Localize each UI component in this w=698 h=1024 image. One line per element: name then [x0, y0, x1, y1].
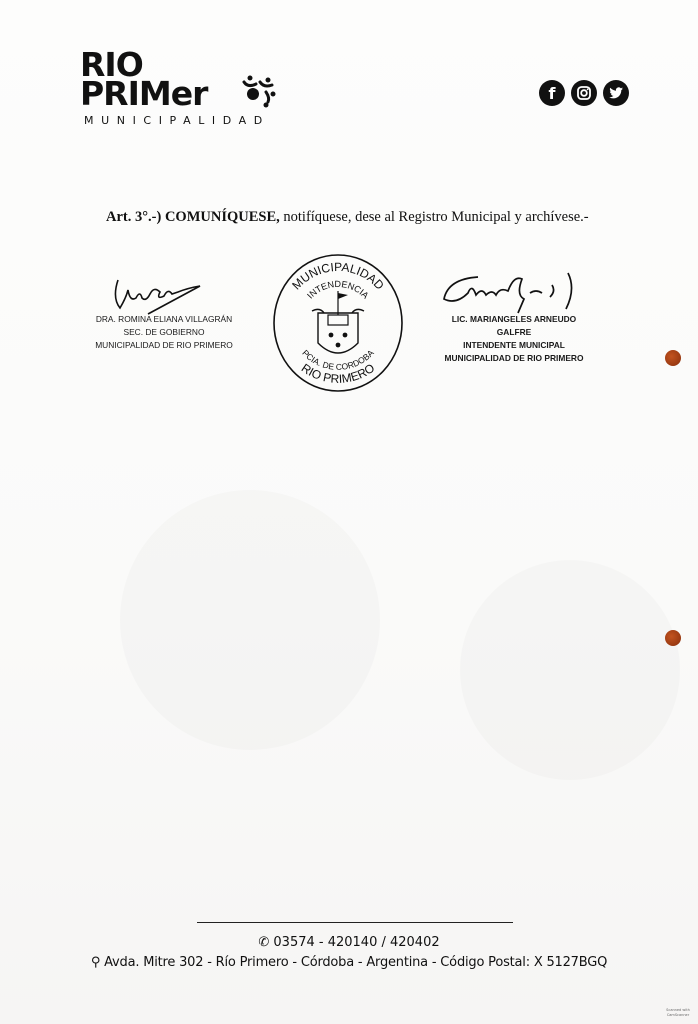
signature-scribble-right [438, 265, 588, 315]
article-3-text: Art. 3°.-) COMUNÍQUESE, notifíquese, des… [106, 209, 589, 226]
scanner-watermark: Scanned with CamScanner [664, 1008, 692, 1020]
background-watermark [460, 560, 680, 780]
twitter-icon[interactable] [603, 80, 629, 106]
social-links: f [539, 80, 629, 106]
address-text: Avda. Mitre 302 - Río Primero - Córdoba … [104, 955, 607, 970]
logo-sun-icon [240, 72, 280, 112]
signer-org: MUNICIPALIDAD DE RIO PRIMERO [94, 339, 234, 352]
article-keyword: COMUNÍQUESE, [165, 209, 280, 225]
signer-role: SEC. DE GOBIERNO [94, 326, 234, 339]
footer-address: ⚲ Avda. Mitre 302 - Río Primero - Córdob… [0, 955, 698, 970]
article-body: notifíquese, dese al Registro Municipal … [283, 209, 588, 225]
phone-icon: ✆ [258, 935, 269, 950]
article-label: Art. 3°.-) [106, 209, 161, 225]
official-seal: MUNICIPALIDAD INTENDENCIA PCIA. DE CORDO… [272, 251, 404, 396]
signer-name: DRA. ROMINA ELIANA VILLAGRÁN [94, 313, 234, 326]
signer-name: Lic. MARIANGELES ARNEUDO GALFRE [444, 313, 584, 339]
signature-scribble-left [108, 268, 208, 318]
signer-org: MUNICIPALIDAD DE RIO PRIMERO [444, 352, 584, 365]
facebook-icon[interactable]: f [539, 80, 565, 106]
signature-left: DRA. ROMINA ELIANA VILLAGRÁN SEC. DE GOB… [94, 313, 234, 352]
logo-line2: PRIMer [80, 79, 207, 109]
background-watermark [120, 490, 380, 750]
document-page [0, 0, 698, 1024]
footer-phone: ✆ 03574 - 420140 / 420402 [0, 935, 698, 950]
municipality-logo: RIO PRIMer MUNICIPALIDAD [80, 50, 290, 130]
instagram-icon[interactable] [571, 80, 597, 106]
footer-divider [197, 922, 513, 923]
logo-subtitle: MUNICIPALIDAD [84, 114, 270, 127]
binder-hole [665, 350, 681, 366]
phone-number: 03574 - 420140 / 420402 [273, 935, 439, 950]
signer-role: INTENDENTE MUNICIPAL [444, 339, 584, 352]
binder-hole [665, 630, 681, 646]
location-pin-icon: ⚲ [91, 955, 100, 970]
scanner-line2: CamScanner [664, 1013, 692, 1018]
signature-right: Lic. MARIANGELES ARNEUDO GALFRE INTENDEN… [444, 313, 584, 365]
